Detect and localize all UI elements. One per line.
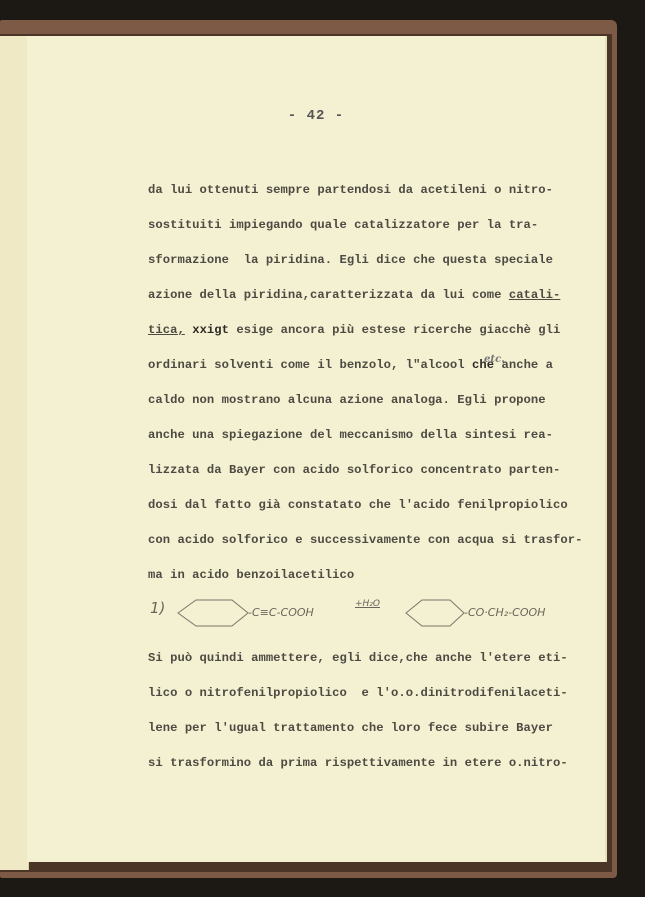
reaction-label: 1) xyxy=(150,599,165,617)
text-line: da lui ottenuti sempre partendosi da ace… xyxy=(148,173,588,208)
text-line: dosi dal fatto già constatato che l'acid… xyxy=(148,488,588,523)
text-segment: azione della piridina,caratterizzata da … xyxy=(148,288,509,302)
text-line: lizzata da Bayer con acido solforico con… xyxy=(148,453,588,488)
text-line: si trasformino da prima rispettivamente … xyxy=(148,746,588,781)
text-segment: esige ancora più estese ricerche giacchè… xyxy=(229,323,560,337)
body-text: da lui ottenuti sempre partendosi da ace… xyxy=(148,173,588,781)
text-line: sostituiti impiegando quale catalizzator… xyxy=(148,208,588,243)
text-line: ordinari solventi come il benzolo, l"alc… xyxy=(148,348,588,383)
underlined-text: catali- xyxy=(509,288,561,302)
text-segment: ordinari solventi come il benzolo, l"alc… xyxy=(148,358,472,372)
reagent-arrow: +H₂O xyxy=(355,599,380,609)
text-line: anche una spiegazione del meccanismo del… xyxy=(148,418,588,453)
text-line: con acido solforico e successivamente co… xyxy=(148,523,588,558)
struck-text: xxigt xyxy=(192,323,229,337)
handwritten-annotation: etc. xyxy=(484,342,505,377)
underlined-text: tica, xyxy=(148,323,185,337)
reactant-substituent: -C≡C-COOH xyxy=(248,606,314,619)
text-line: tica, xxigt esige ancora più estese rice… xyxy=(148,313,588,348)
left-page-edge xyxy=(0,36,29,870)
text-line: azione della piridina,caratterizzata da … xyxy=(148,278,588,313)
text-line: Si può quindi ammettere, egli dice,che a… xyxy=(148,641,588,676)
document-page: - 42 - da lui ottenuti sempre partendosi… xyxy=(27,36,605,862)
text-line: caldo non mostrano alcuna azione analoga… xyxy=(148,383,588,418)
text-line: lico o nitrofenilpropiolico e l'o.o.dini… xyxy=(148,676,588,711)
text-line: sformazione la piridina. Egli dice che q… xyxy=(148,243,588,278)
chemical-formula: 1) -C≡C-COOH +H₂O -CO·CH₂-COOH xyxy=(148,583,588,641)
text-line: lene per l'ugual trattamento che loro fe… xyxy=(148,711,588,746)
product-substituent: -CO·CH₂-COOH xyxy=(464,606,545,619)
page-number: - 42 - xyxy=(27,108,605,124)
